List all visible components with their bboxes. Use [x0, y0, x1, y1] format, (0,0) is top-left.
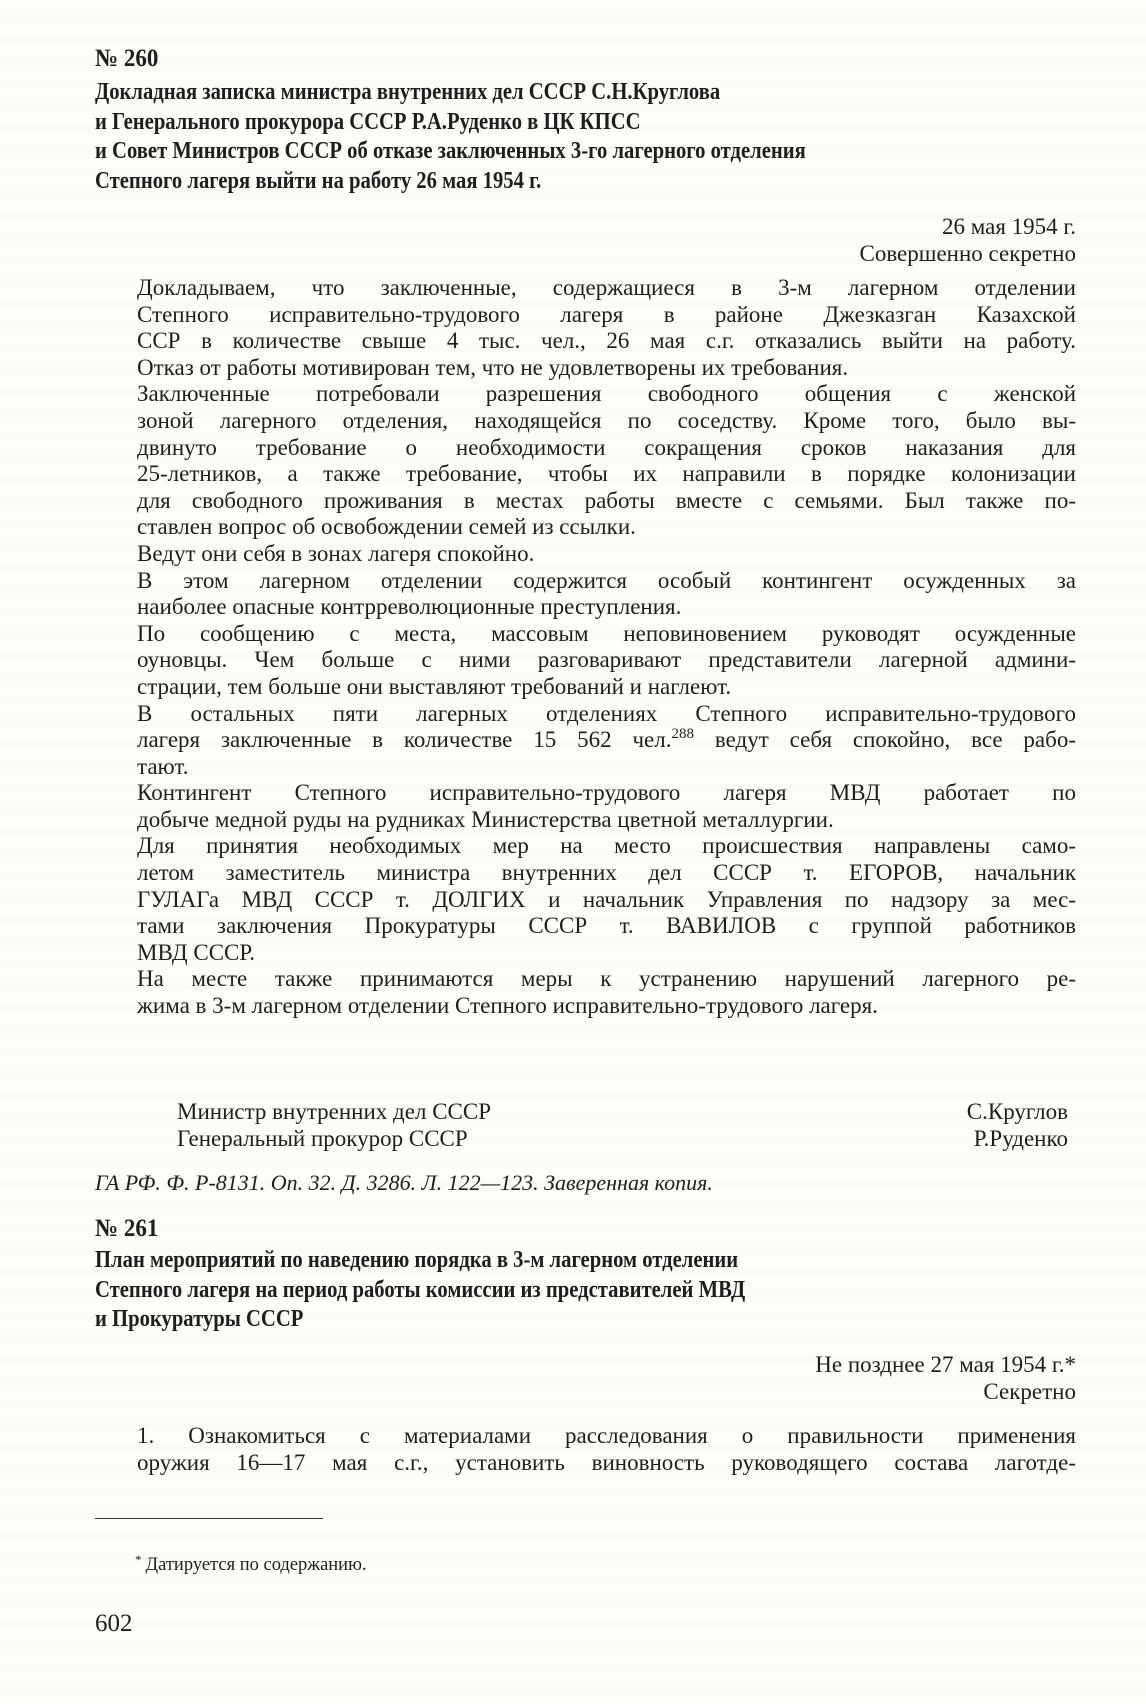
document-number: № 260	[95, 45, 158, 73]
text-line: добыче медной руды на рудниках Министерс…	[95, 807, 1076, 834]
document-body: Докладываем, что заключенные, содержащие…	[95, 275, 1076, 1020]
text-line: Степного исправительно-трудового лагеря …	[95, 302, 1076, 329]
text-line: Отказ от работы мотивирован тем, что не …	[95, 355, 1076, 382]
text-line: В остальных пяти лагерных отделениях Сте…	[95, 701, 1076, 728]
paragraph: В остальных пяти лагерных отделениях Сте…	[95, 701, 1076, 781]
text-line: для свободного проживания в местах работ…	[95, 488, 1076, 515]
page-number: 602	[95, 1610, 133, 1638]
text-line: страции, тем больше они выставляют требо…	[95, 674, 1076, 701]
paragraph: На месте также принимаются меры к устран…	[95, 966, 1076, 1019]
paragraph: Ведут они себя в зонах лагеря спокойно.	[95, 541, 1076, 568]
classification-label: Совершенно секретно	[859, 241, 1076, 268]
text-line: жима в 3-м лагерном отделении Степного и…	[95, 993, 1076, 1020]
footnote-marker: *	[135, 1552, 142, 1567]
title-line: Докладная записка министра внутренних де…	[95, 78, 806, 108]
footnote: *Датируется по содержанию.	[135, 1549, 367, 1576]
text-line: Ведут они себя в зонах лагеря спокойно.	[95, 541, 1076, 568]
text-line: летом заместитель министра внутренних де…	[95, 860, 1076, 887]
document-date: 26 мая 1954 г.	[859, 214, 1076, 241]
paragraph: В этом лагерном отделении содержится осо…	[95, 568, 1076, 621]
document-title: План мероприятий по наведению порядка в …	[95, 1246, 745, 1335]
footnote-divider	[95, 1518, 323, 1519]
text-line: На месте также принимаются меры к устран…	[95, 966, 1076, 993]
text-line: МВД СССР.	[95, 940, 1076, 967]
text-line: оуновцы. Чем больше с ними разговаривают…	[95, 647, 1076, 674]
document-dateline: Не позднее 27 мая 1954 г.* Секретно	[815, 1352, 1076, 1405]
text-line: Заключенные потребовали разрешения свобо…	[95, 381, 1076, 408]
footnote-reference[interactable]: 288	[672, 726, 695, 742]
text-line: ГУЛАГа МВД СССР т. ДОЛГИХ и начальник Уп…	[95, 887, 1076, 914]
signatory-position: Министр внутренних дел СССР	[177, 1098, 491, 1125]
signatory-name: Р.Руденко	[974, 1125, 1068, 1152]
text-line: лагеря заключенные в количестве 15 562 ч…	[95, 727, 1076, 754]
text-line: 1. Ознакомиться с материалами расследова…	[95, 1423, 1076, 1450]
text-line: оружия 16—17 мая с.г., установить виновн…	[95, 1450, 1076, 1477]
signature-row: Министр внутренних дел СССР С.Круглов	[177, 1098, 1068, 1125]
text-line: наиболее опасные контрреволюционные прес…	[95, 594, 1076, 621]
text-line: Докладываем, что заключенные, содержащие…	[95, 275, 1076, 302]
signatory-position: Генеральный прокурор СССР	[177, 1125, 468, 1152]
paragraph: Заключенные потребовали разрешения свобо…	[95, 381, 1076, 541]
title-line: Степного лагеря на период работы комисси…	[95, 1276, 745, 1306]
text-fragment: лагеря заключенные в количестве 15 562 ч…	[137, 727, 672, 752]
signatory-name: С.Круглов	[967, 1098, 1068, 1125]
document-body: 1. Ознакомиться с материалами расследова…	[95, 1423, 1076, 1476]
paragraph: Контингент Степного исправительно-трудов…	[95, 780, 1076, 833]
title-line: и Генерального прокурора СССР Р.А.Руденк…	[95, 108, 806, 138]
list-item: 1. Ознакомиться с материалами расследова…	[95, 1423, 1076, 1476]
paragraph: Докладываем, что заключенные, содержащие…	[95, 275, 1076, 381]
footnote-text: Датируется по содержанию.	[146, 1555, 367, 1575]
document-number: № 261	[95, 1215, 158, 1243]
text-line: двинуто требование о необходимости сокра…	[95, 435, 1076, 462]
paragraph: Для принятия необходимых мер на место пр…	[95, 833, 1076, 966]
text-line: Контингент Степного исправительно-трудов…	[95, 780, 1076, 807]
signature-row: Генеральный прокурор СССР Р.Руденко	[177, 1125, 1068, 1152]
text-line: По сообщению с места, массовым неповинов…	[95, 621, 1076, 648]
title-line: и Прокуратуры СССР	[95, 1305, 745, 1335]
text-line: зоной лагерного отделения, находящейся п…	[95, 408, 1076, 435]
signature-block: Министр внутренних дел СССР С.Круглов Ге…	[177, 1098, 1068, 1152]
document-dateline: 26 мая 1954 г. Совершенно секретно	[859, 214, 1076, 267]
text-line: Для принятия необходимых мер на место пр…	[95, 833, 1076, 860]
text-line: тают.	[95, 754, 1076, 781]
document-date: Не позднее 27 мая 1954 г.*	[815, 1352, 1076, 1379]
text-line: тами заключения Прокуратуры СССР т. ВАВИ…	[95, 913, 1076, 940]
title-line: Степного лагеря выйти на работу 26 мая 1…	[95, 167, 806, 197]
document-title: Докладная записка министра внутренних де…	[95, 78, 806, 196]
text-line: 25-летников, а также требование, чтобы и…	[95, 461, 1076, 488]
title-line: и Совет Министров СССР об отказе заключе…	[95, 137, 806, 167]
text-fragment: ведут себя спокойно, все рабо-	[715, 727, 1076, 752]
text-line: ставлен вопрос об освобождении семей из …	[95, 514, 1076, 541]
text-line: В этом лагерном отделении содержится осо…	[95, 568, 1076, 595]
text-line: ССР в количестве свыше 4 тыс. чел., 26 м…	[95, 328, 1076, 355]
title-line: План мероприятий по наведению порядка в …	[95, 1246, 745, 1276]
paragraph: По сообщению с места, массовым неповинов…	[95, 621, 1076, 701]
classification-label: Секретно	[815, 1379, 1076, 1406]
archive-citation: ГА РФ. Ф. Р-8131. Оп. 32. Д. 3286. Л. 12…	[95, 1170, 713, 1196]
